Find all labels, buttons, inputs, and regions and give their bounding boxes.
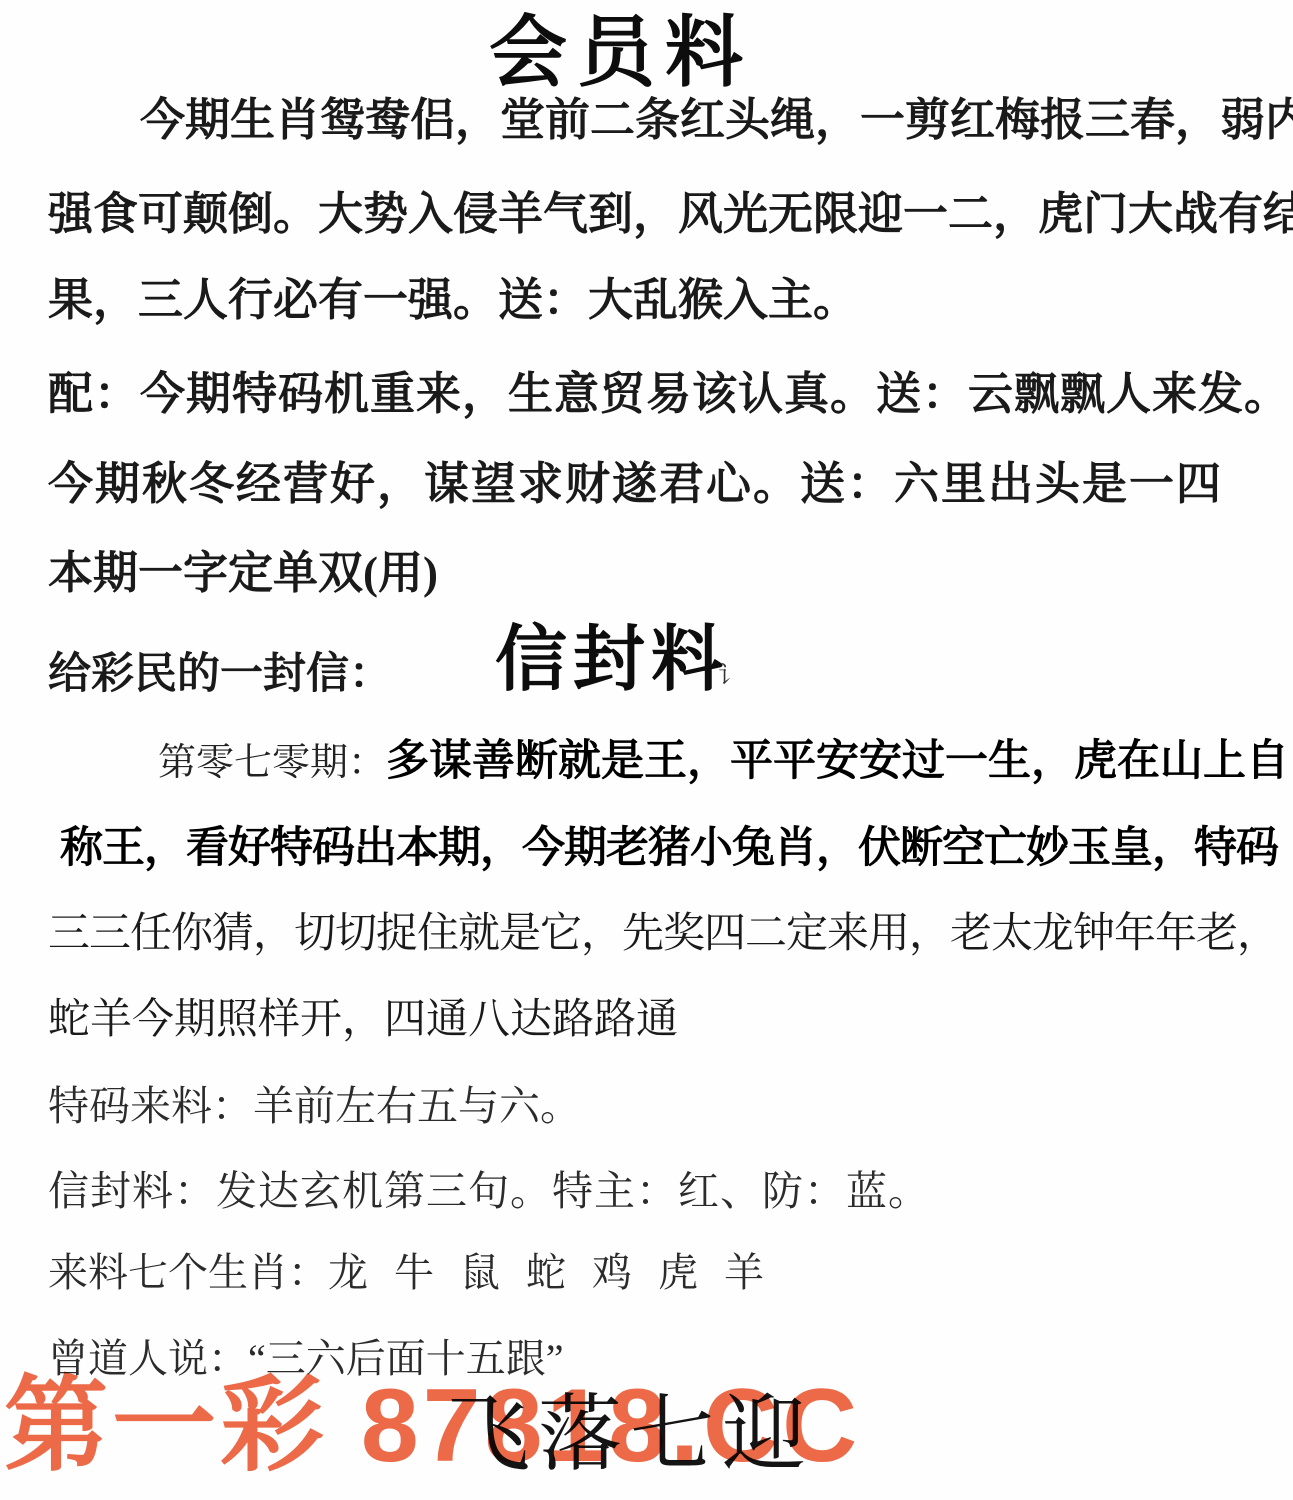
member-line-1: 今期生肖鸳鸯侣，堂前二条红头绳，一剪红梅报三春，弱内 [140, 98, 1293, 143]
envelope-intro-label: 给彩民的一封信： [48, 653, 392, 696]
member-line-2: 强食可颠倒。大势入侵羊气到，风光无限迎一二，虎门大战有结 [48, 192, 1293, 237]
tip-special-code: 特码来料：羊前左右五与六。 [48, 1086, 581, 1127]
letter-line-3: 三三任你猜，切切捉住就是它，先奖四二定来用，老太龙钟年年老， [48, 913, 1278, 955]
letter-line-2: 称王，看好特码出本期，今期老猪小兔肖，伏断空亡妙玉皇，特码 [60, 827, 1278, 870]
letter-line-1-text: 多谋善断就是王，平平安安过一生，虎在山上自 [386, 738, 1289, 785]
member-line-6: 本期一字定单双(用) [48, 551, 438, 596]
member-line-4: 配：今期特码机重来，生意贸易该认真。送：云飘飘人来发。 [48, 372, 1290, 417]
letter-line-1: 第零七零期：多谋善断就是王，平平安安过一生，虎在山上自 [158, 740, 1289, 783]
period-label: 第零七零期： [158, 742, 386, 784]
member-line-5: 今期秋冬经营好，谋望求财遂君心。送：六里出头是一四 [48, 462, 1223, 507]
member-line-3: 果，三人行必有一强。送：大乱猴入主。 [48, 278, 858, 323]
page-title: 会员料 [0, 14, 1242, 92]
site-watermark: 第一彩 87818.CC [4, 1374, 861, 1478]
scanned-lottery-sheet: 会员料 今期生肖鸳鸯侣，堂前二条红头绳，一剪红梅报三春，弱内 强食可颠倒。大势入… [0, 0, 1293, 1500]
tip-zodiac-list: 来料七个生肖：龙 牛 鼠 蛇 鸡 虎 羊 [48, 1253, 764, 1293]
envelope-title-mark: 讠 [718, 664, 742, 688]
tip-envelope: 信封料：发达玄机第三句。特主：红、防：蓝。 [48, 1171, 930, 1212]
envelope-section-title: 信封料 [495, 624, 729, 696]
letter-line-4: 蛇羊今期照样开，四通八达路路通 [48, 999, 678, 1041]
